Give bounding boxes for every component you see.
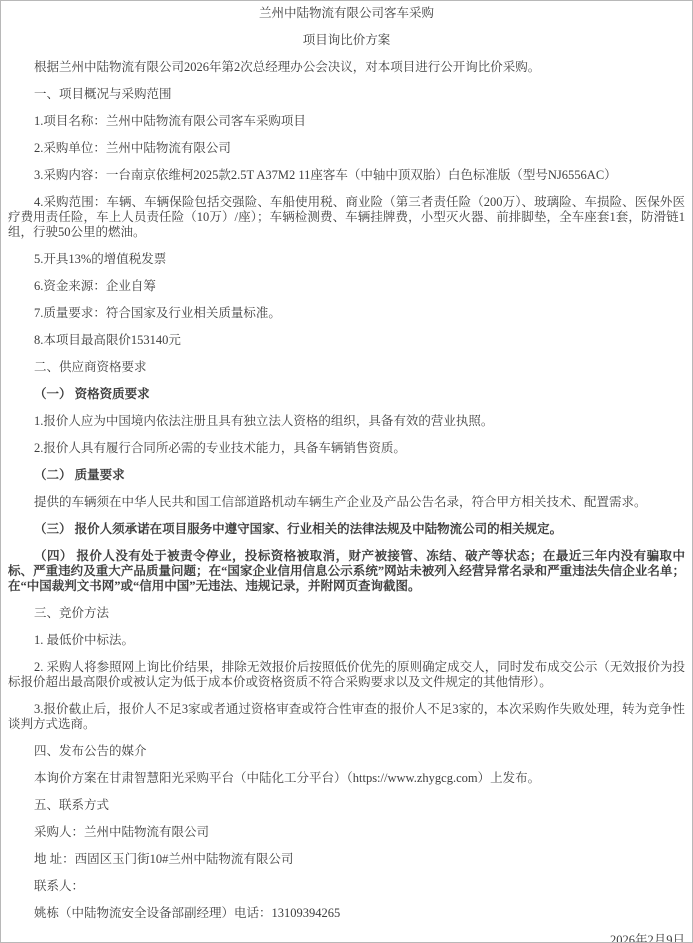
section2-sub1-item-registration: 1.报价人应为中国境内依法注册且具有独立法人资格的组织，具备有效的营业执照。 — [8, 414, 685, 429]
contact-address: 地 址：西固区玉门街10#兰州中陆物流有限公司 — [8, 852, 685, 867]
section4-heading: 四、发布公告的媒介 — [8, 744, 685, 759]
section1-item-content: 3.采购内容：一台南京依维柯2025款2.5T A37M2 11座客车（中轴中顶… — [8, 168, 685, 183]
contact-purchaser: 采购人：兰州中陆物流有限公司 — [8, 825, 685, 840]
section2-sub3-paragraph: （三） 报价人须承诺在项目服务中遵守国家、行业相关的法律法规及中陆物流公司的相关… — [8, 522, 685, 537]
page-subtitle: 项目询比价方案 — [8, 33, 685, 48]
section3-item-lowest-price: 1. 最低价中标法。 — [8, 633, 685, 648]
section1-heading: 一、项目概况与采购范围 — [8, 87, 685, 102]
page-title: 兰州中陆物流有限公司客车采购 — [8, 6, 685, 21]
section1-item-funding: 6.资金来源：企业自筹 — [8, 279, 685, 294]
section1-item-purchaser: 2.采购单位：兰州中陆物流有限公司 — [8, 141, 685, 156]
section2-sub1-item-capability: 2.报价人具有履行合同所必需的专业技术能力，具备车辆销售资质。 — [8, 441, 685, 456]
section1-item-price-cap: 8.本项目最高限价153140元 — [8, 333, 685, 348]
section1-item-invoice: 5.开具13%的增值税发票 — [8, 252, 685, 267]
section3-item-failure-rule: 3.报价截止后，报价人不足3家或者通过资格审查或符合性审查的报价人不足3家的，本… — [8, 702, 685, 732]
section4-body: 本询价方案在甘肃智慧阳光采购平台（中陆化工分平台）（https://www.zh… — [8, 771, 685, 786]
section2-sub2-heading: （二） 质量要求 — [8, 468, 685, 483]
section2-heading: 二、供应商资格要求 — [8, 360, 685, 375]
section2-sub2-body: 提供的车辆须在中华人民共和国工信部道路机动车辆生产企业及产品公告名录，符合甲方相… — [8, 495, 685, 510]
section1-item-project-name: 1.项目名称：兰州中陆物流有限公司客车采购项目 — [8, 114, 685, 129]
section3-heading: 三、竞价方法 — [8, 606, 685, 621]
contact-person-phone: 姚栋（中陆物流安全设备部副经理）电话：13109394265 — [8, 906, 685, 921]
section2-sub1-heading: （一） 资格资质要求 — [8, 387, 685, 402]
contact-person-label: 联系人： — [8, 879, 685, 894]
section1-item-quality: 7.质量要求：符合国家及行业相关质量标准。 — [8, 306, 685, 321]
section1-item-scope: 4.采购范围：车辆、车辆保险包括交强险、车船使用税、商业险（第三者责任险（200… — [8, 195, 685, 240]
document-date: 2026年2月9日 — [8, 933, 685, 943]
section3-item-award-rule: 2. 采购人将参照网上询比价结果，排除无效报价后按照低价优先的原则确定成交人，同… — [8, 660, 685, 690]
intro-paragraph: 根据兰州中陆物流有限公司2026年第2次总经理办公会决议，对本项目进行公开询比价… — [8, 60, 685, 75]
section2-sub4-paragraph: （四） 报价人没有处于被责令停业，投标资格被取消，财产被接管、冻结、破产等状态；… — [8, 549, 685, 594]
section5-heading: 五、联系方式 — [8, 798, 685, 813]
document-page: 兰州中陆物流有限公司客车采购 项目询比价方案 根据兰州中陆物流有限公司2026年… — [0, 0, 693, 943]
